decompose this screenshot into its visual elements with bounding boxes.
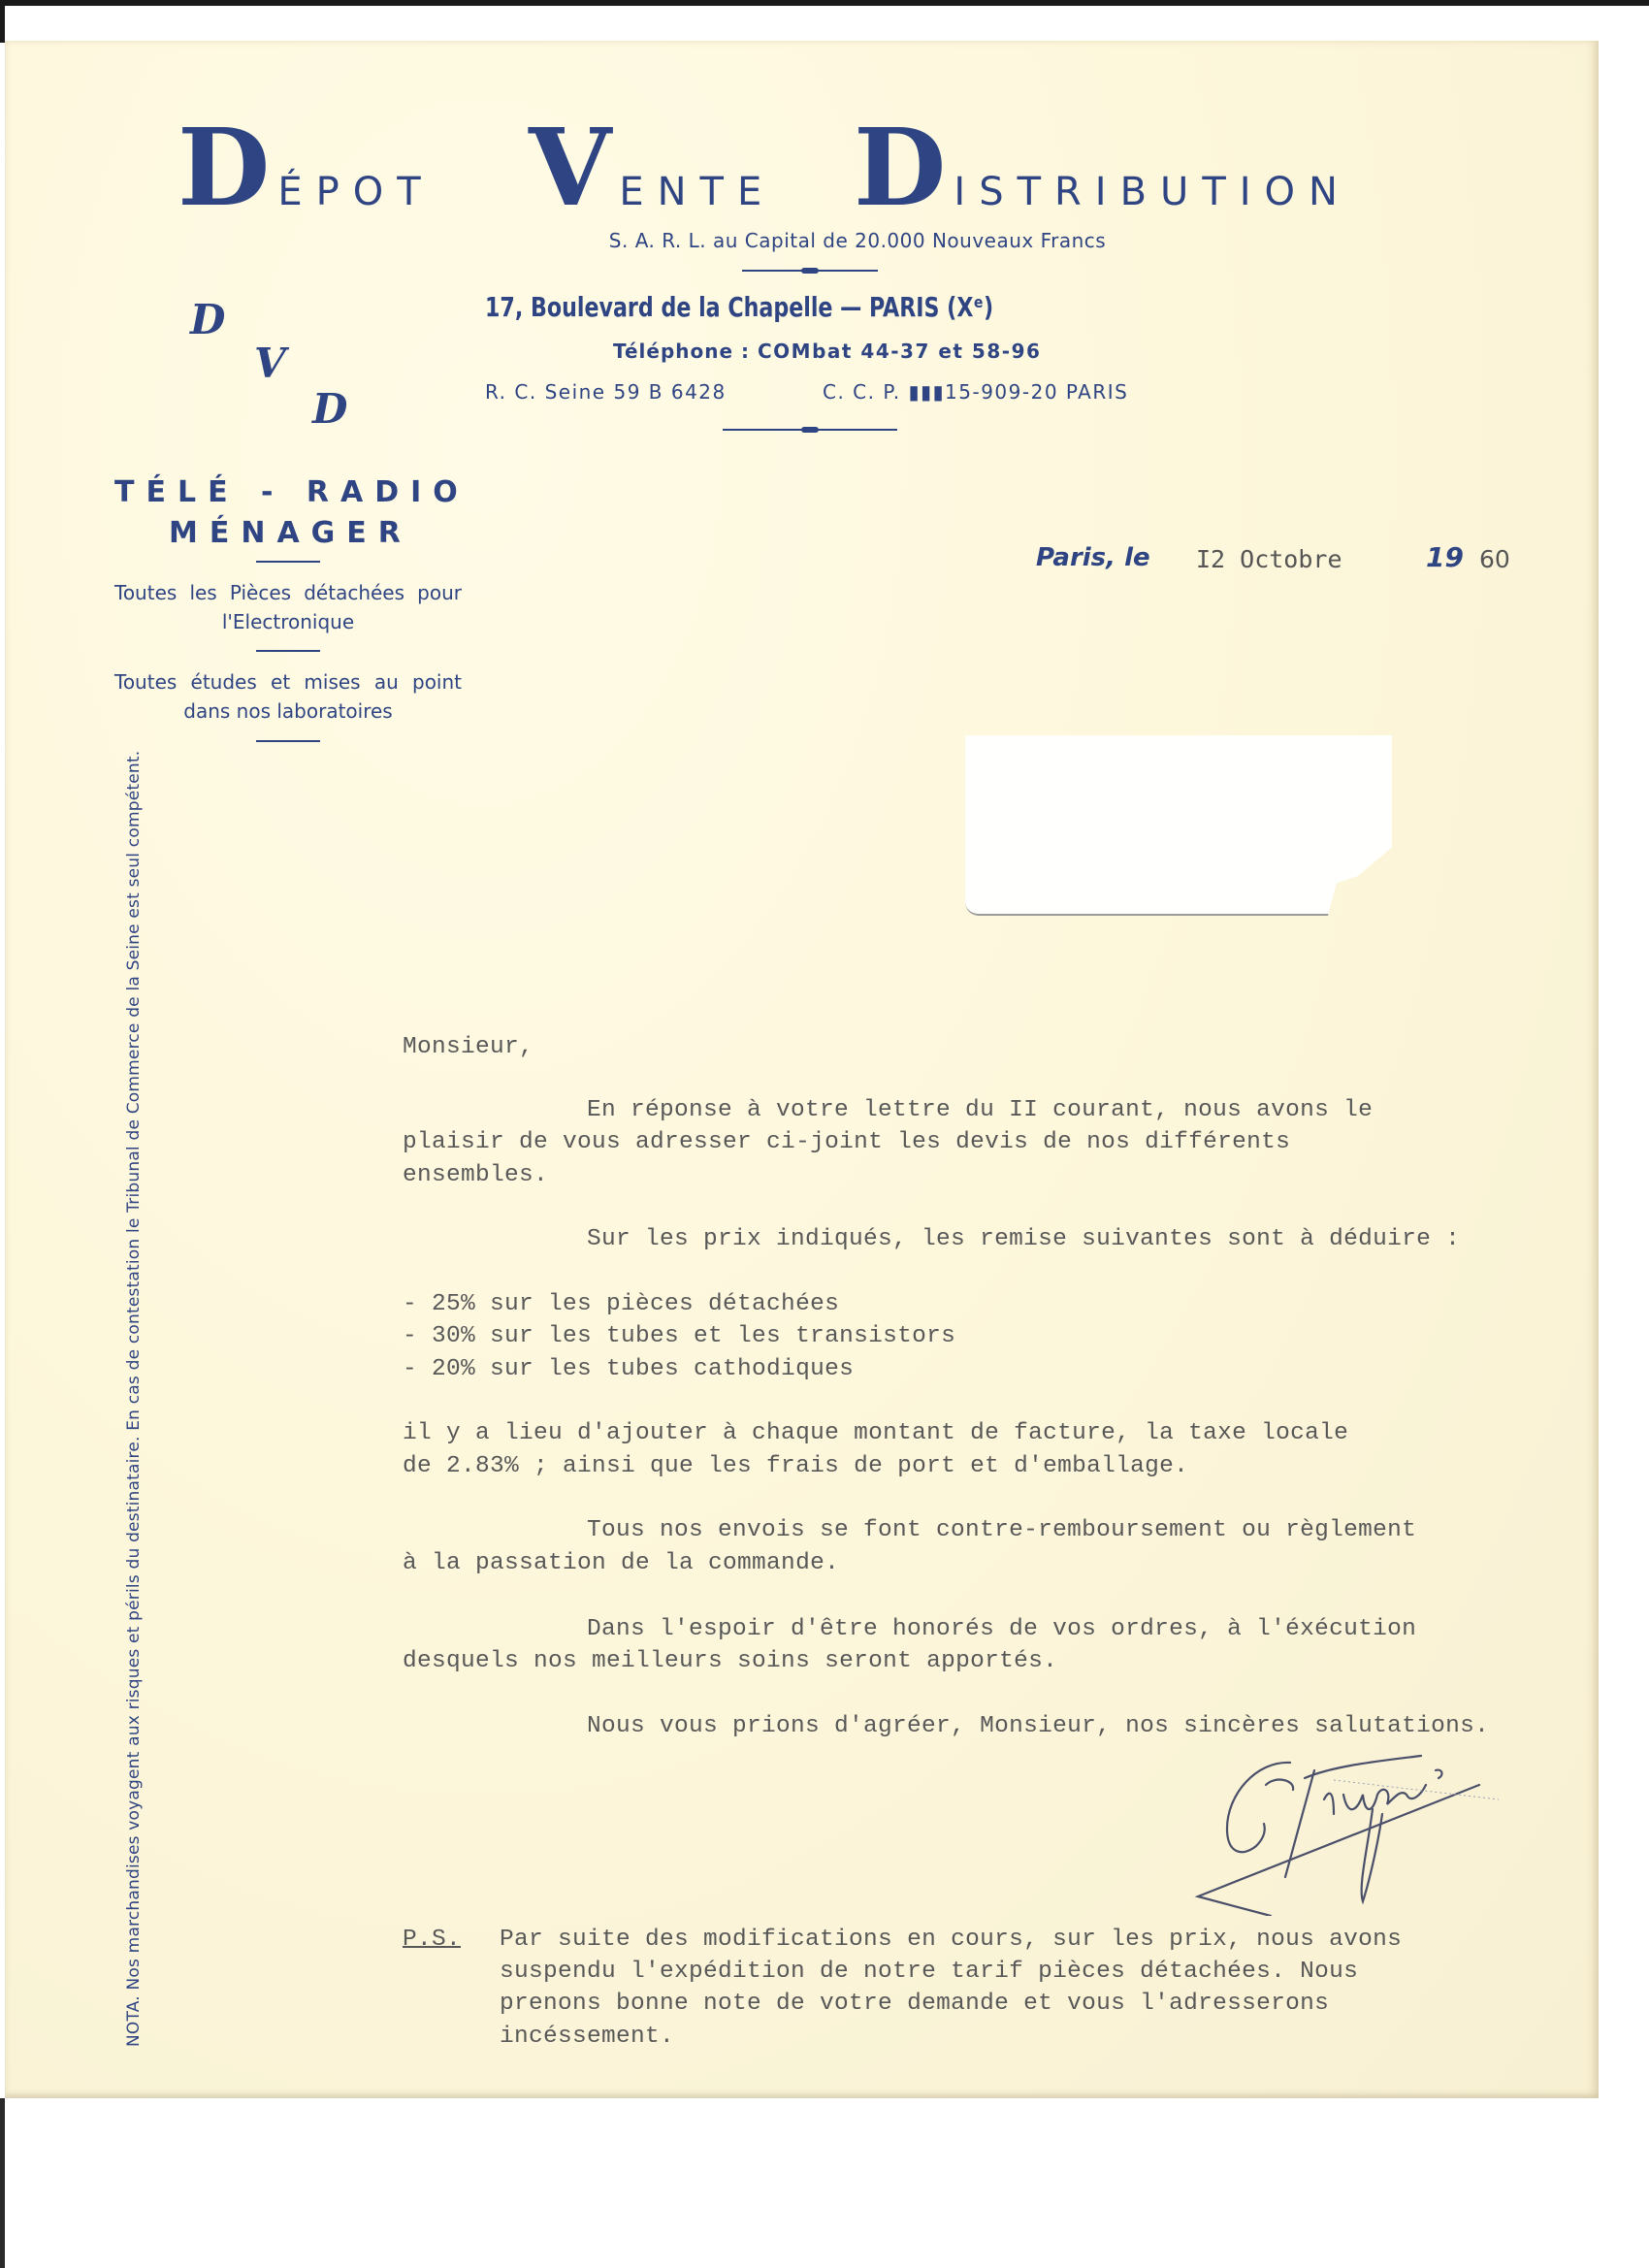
- rc-number: R. C. Seine 59 B 6428: [485, 380, 727, 404]
- title-initial: D: [854, 114, 946, 221]
- tagline-1-line-2: l'Electronique: [114, 607, 462, 636]
- title-word-depot: D ÉPOT: [178, 114, 435, 221]
- date-year-suffix: 60: [1479, 545, 1510, 573]
- title-word-distribution: D ISTRIBUTION: [854, 114, 1351, 221]
- signature-icon: [1188, 1741, 1557, 1916]
- company-address: 17, Boulevard de la Chapelle — PARIS (Xᵉ…: [485, 291, 993, 323]
- salutation: Monsieur,: [403, 1034, 533, 1060]
- scan-border-left: [0, 0, 5, 43]
- para5-line2: desquels nos meilleurs soins seront appo…: [403, 1648, 1057, 1674]
- sidebar-rule: [256, 561, 320, 563]
- sidebar-rule-3: [256, 740, 320, 742]
- scan-border-top: [0, 0, 1649, 6]
- title-initial: V: [529, 114, 611, 221]
- monogram-d2: D: [312, 385, 347, 433]
- para4-line1: Tous nos envois se font contre-rembourse…: [587, 1517, 1416, 1543]
- monogram-v: V: [254, 340, 286, 387]
- closing: Nous vous prions d'agréer, Monsieur, nos…: [587, 1713, 1489, 1739]
- scan-border-left-bottom: [0, 2098, 5, 2268]
- telephone: Téléphone : COMbat 44-37 et 58-96: [613, 340, 1041, 363]
- title-rest: ISTRIBUTION: [954, 170, 1351, 214]
- ornament-dot-2: [801, 427, 819, 433]
- date-place: Paris, le: [1036, 543, 1150, 572]
- ornament-dot: [801, 268, 819, 274]
- title-initial: D: [178, 114, 270, 221]
- sidebar-heading-line1: TÉLÉ - RADIO: [114, 475, 469, 509]
- legal-form: S. A. R. L. au Capital de 20.000 Nouveau…: [0, 229, 1649, 252]
- ps-line: suspendu l'expédition de notre tarif piè…: [500, 1959, 1358, 1985]
- para1-line2: plaisir de vous adresser ci-joint les de…: [403, 1129, 1290, 1155]
- tagline-2-line-2: dans nos laboratoires: [114, 697, 462, 726]
- ps-line: prenons bonne note de votre demande et v…: [500, 1991, 1329, 2017]
- title-rest: ENTE: [619, 170, 775, 214]
- registration-line: R. C. Seine 59 B 6428 C. C. P. ▮▮▮15-909…: [485, 380, 727, 404]
- para4-line2: à la passation de la commande.: [403, 1550, 839, 1576]
- tagline-1-line-1: Toutes les Pièces détachées pour: [114, 578, 462, 607]
- ccp-number: C. C. P. ▮▮▮15-909-20 PARIS: [823, 380, 1128, 404]
- sidebar-heading-line2: MÉNAGER: [169, 516, 412, 550]
- recipient-address-patch: [965, 735, 1392, 916]
- sidebar-tagline-1: Toutes les Pièces détachées pour l'Elect…: [114, 578, 462, 636]
- para5-line1: Dans l'espoir d'être honorés de vos ordr…: [587, 1616, 1416, 1642]
- title-rest: ÉPOT: [277, 170, 434, 214]
- para1-line3: ensembles.: [403, 1162, 548, 1188]
- monogram-d1: D: [190, 296, 225, 343]
- sidebar-tagline-2: Toutes études et mises au point dans nos…: [114, 667, 462, 726]
- para3-line1: il y a lieu d'ajouter à chaque montant d…: [403, 1420, 1348, 1446]
- legal-note-vertical: NOTA. Nos marchandises voyagent aux risq…: [124, 751, 144, 2047]
- ps-line: incéssement.: [500, 2024, 674, 2050]
- sidebar-rule-2: [256, 650, 320, 652]
- para3-line2: de 2.83% ; ainsi que les frais de port e…: [403, 1453, 1188, 1479]
- telephone-label: Téléphone :: [613, 340, 750, 363]
- tagline-2-line-1: Toutes études et mises au point: [114, 667, 462, 697]
- ps-label: P.S.: [403, 1927, 461, 1953]
- discount-item: - 30% sur les tubes et les transistors: [403, 1323, 955, 1349]
- telephone-value: COMbat 44-37 et 58-96: [758, 340, 1041, 363]
- date-year-prefix: 19: [1426, 541, 1464, 573]
- date-day-month: I2 Octobre: [1196, 545, 1342, 573]
- discount-item: - 25% sur les pièces détachées: [403, 1291, 839, 1317]
- ps-line: Par suite des modifications en cours, su…: [500, 1927, 1402, 1953]
- para2: Sur les prix indiqués, les remise suivan…: [587, 1226, 1460, 1252]
- para1-line1: En réponse à votre lettre du II courant,…: [587, 1097, 1373, 1123]
- title-word-vente: V ENTE: [529, 114, 775, 221]
- discount-item: - 20% sur les tubes cathodiques: [403, 1356, 854, 1382]
